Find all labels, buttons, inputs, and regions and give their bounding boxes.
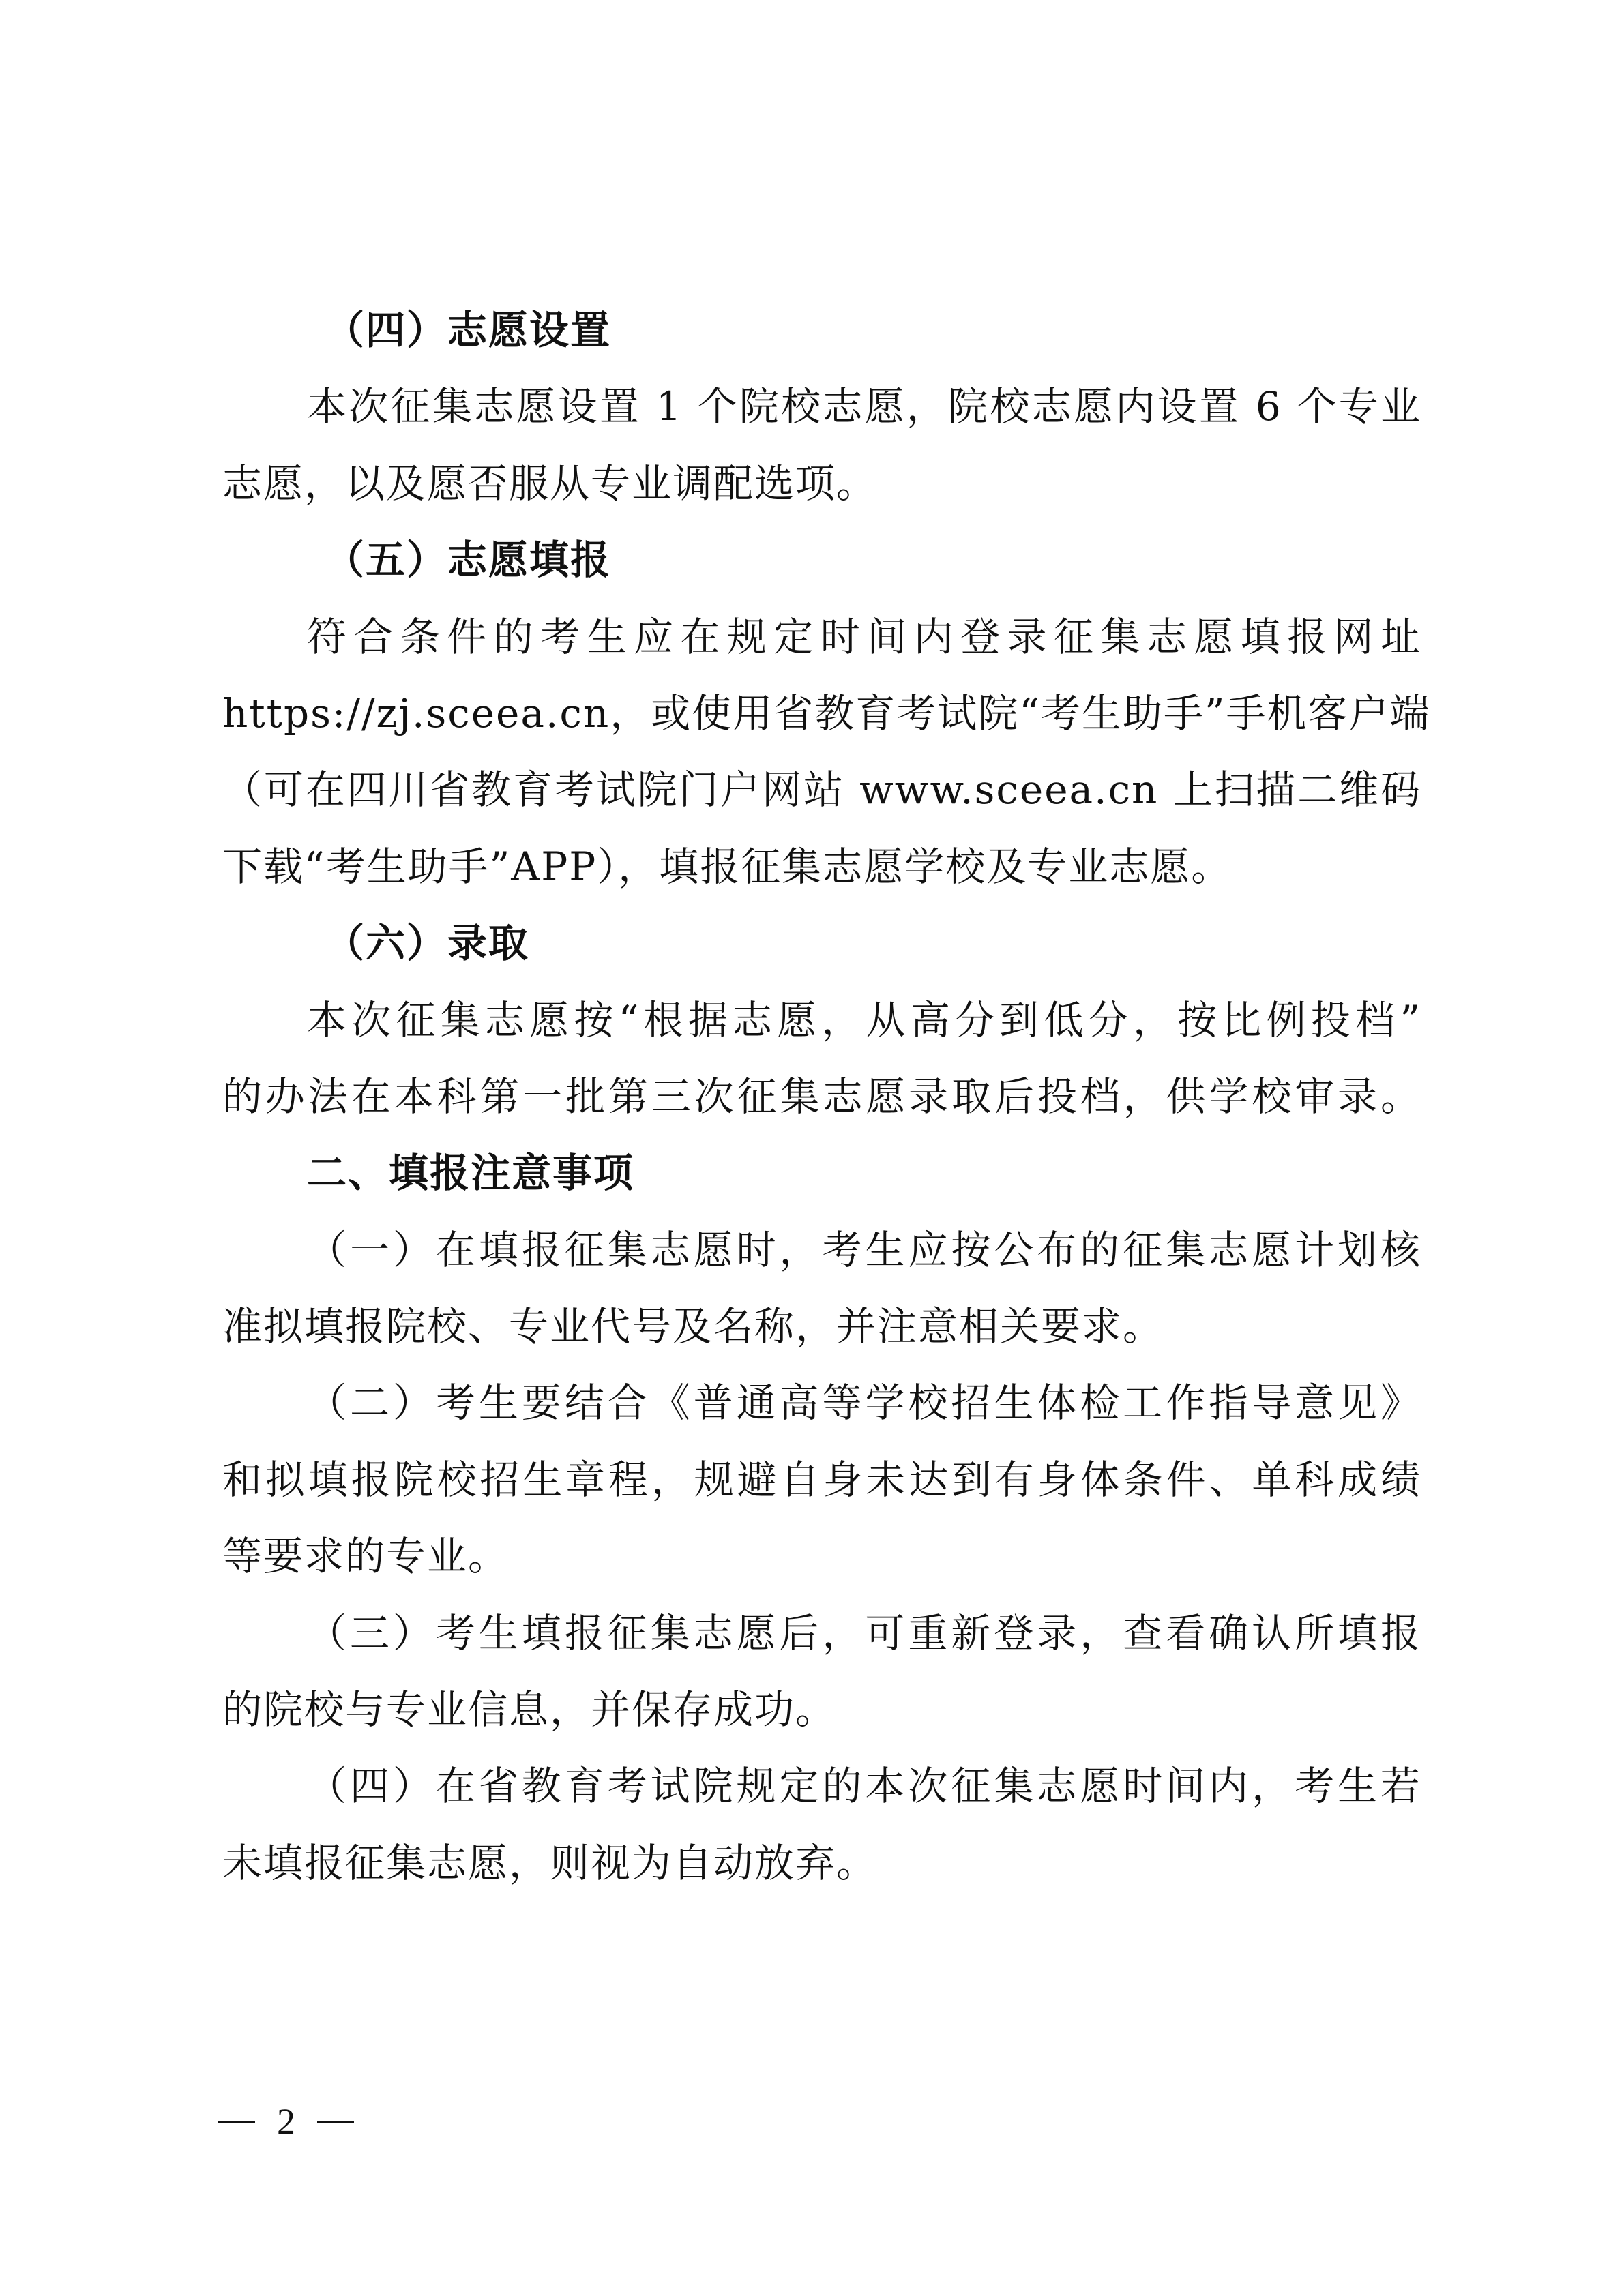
notice-item-line: （一）在填报征集志愿时，考生应按公布的征集志愿计划核 — [222, 1212, 1421, 1288]
section-heading-volunteer-filling: （五）志愿填报 — [222, 522, 1421, 598]
notice-item-line: 未填报征集志愿，则视为自动放弃。 — [222, 1825, 1421, 1901]
notice-item-line: （二）考生要结合《普通高等学校招生体检工作指导意见》 — [222, 1365, 1421, 1441]
paragraph-line-with-link: （可在四川省教育考试院门户网站 www.sceea.cn 上扫描二维码 — [222, 751, 1421, 828]
page-number: 2 — [277, 2100, 295, 2143]
document-body: （四）志愿设置 本次征集志愿设置 1 个院校志愿，院校志愿内设置 6 个专业 志… — [222, 292, 1421, 1901]
section-heading-volunteer-setup: （四）志愿设置 — [222, 292, 1421, 368]
dash-right-icon — [317, 2121, 354, 2123]
notice-item-line: （四）在省教育考试院规定的本次征集志愿时间内，考生若 — [222, 1748, 1421, 1824]
paragraph-line: 志愿，以及愿否服从专业调配选项。 — [222, 445, 1421, 522]
notice-item-line: 等要求的专业。 — [222, 1518, 1421, 1594]
paragraph-line: 本次征集志愿设置 1 个院校志愿，院校志愿内设置 6 个专业 — [222, 368, 1421, 445]
page-footer: 2 — [218, 2100, 354, 2143]
notice-item-line: 和拟填报院校招生章程，规避自身未达到有身体条件、单科成绩 — [222, 1442, 1421, 1518]
section-heading-admission: （六）录取 — [222, 905, 1421, 981]
paragraph-line: 下载“考生助手”APP），填报征集志愿学校及专业志愿。 — [222, 829, 1421, 905]
notice-item-line: （三）考生填报征集志愿后，可重新登录，查看确认所填报 — [222, 1595, 1421, 1671]
paragraph-line-with-link: https://zj.sceea.cn，或使用省教育考试院“考生助手”手机客户端 — [222, 675, 1421, 751]
notice-item-line: 准拟填报院校、专业代号及名称，并注意相关要求。 — [222, 1288, 1421, 1365]
paragraph-line: 的办法在本科第一批第三次征集志愿录取后投档，供学校审录。 — [222, 1058, 1421, 1135]
notice-item-line: 的院校与专业信息，并保存成功。 — [222, 1671, 1421, 1748]
document-page: （四）志愿设置 本次征集志愿设置 1 个院校志愿，院校志愿内设置 6 个专业 志… — [0, 0, 1624, 2296]
paragraph-line: 本次征集志愿按“根据志愿，从高分到低分，按比例投档” — [222, 982, 1421, 1058]
paragraph-line: 符合条件的考生应在规定时间内登录征集志愿填报网址 — [222, 599, 1421, 675]
part-two-heading: 二、填报注意事项 — [222, 1135, 1421, 1211]
dash-left-icon — [218, 2121, 255, 2123]
